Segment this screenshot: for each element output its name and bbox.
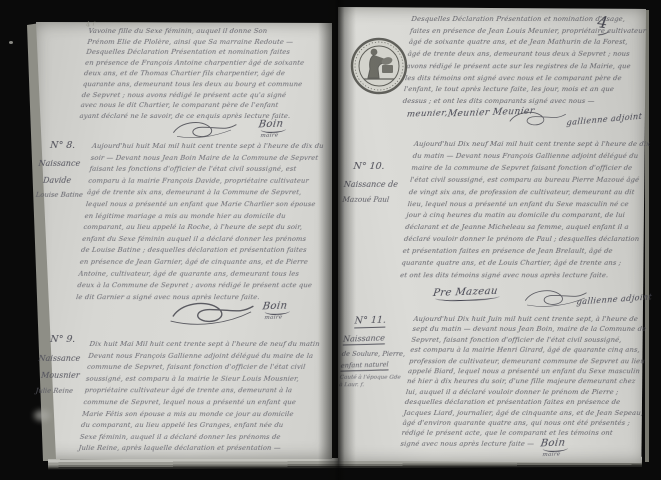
revenue-stamp-icon xyxy=(349,36,409,96)
signature-boin: Boin maire xyxy=(539,438,567,459)
act-9-text: Dix huit Mai Mil huit cent trente sept à… xyxy=(78,339,330,455)
signature-flourish-icon xyxy=(166,298,258,328)
act-8-text: Aujourd'hui huit Mai mil huit cent trent… xyxy=(75,141,334,303)
act-name-2: enfant naturel xyxy=(340,361,407,371)
signature-boin: Boin maire xyxy=(261,301,289,322)
signature-flourish-icon xyxy=(168,118,240,142)
act-number: N° 11. xyxy=(354,315,411,328)
act-number-text: N° 11. xyxy=(354,315,386,329)
register-scan: 4 r Vavoine fille du Sexe féminin, auque… xyxy=(0,0,661,480)
act-number: N° 10. xyxy=(353,161,408,172)
act-name: Mazoué Paul xyxy=(342,195,405,204)
signature-title: maire xyxy=(261,315,287,322)
act-name-2-text: enfant naturel xyxy=(340,360,388,371)
signature-mazeau: Pre Mazeau xyxy=(432,286,499,302)
signature-title: maire xyxy=(539,452,565,459)
signature-boin: Boin maire xyxy=(257,119,285,140)
margin-entry-11: N° 11. Naissance de Soulure, Pierre, enf… xyxy=(339,315,411,389)
margin-entry-10: N° 10. Naissance de Mazoué Paul xyxy=(342,161,408,204)
act-11-text: Aujourd'hui Dix huit Juin mil huit cent … xyxy=(400,314,656,449)
act-type: Naissance xyxy=(343,334,410,345)
act-continuation-left: Vavoine fille du Sexe féminin, auquel il… xyxy=(79,26,329,121)
signature-meunier: meunier, xyxy=(406,108,448,119)
signature-flourish-icon xyxy=(505,108,569,130)
act-10-text: Aujourd'hui Dix neuf Mai mil huit cent t… xyxy=(399,139,654,282)
margin-note: Cauté à l'époque Gde à Laur. f. xyxy=(339,375,406,389)
act-type: Naissance de xyxy=(343,180,406,189)
act-name: de Soulure, Pierre, xyxy=(341,350,408,358)
signature-title: maire xyxy=(257,133,283,140)
dust-speck xyxy=(9,41,13,44)
signature-name: meunier, xyxy=(406,108,448,119)
act-type-text: Naissance xyxy=(343,333,385,345)
act-continuation-right: Desquelles Déclaration Présentation et n… xyxy=(402,14,650,108)
paper-smudge xyxy=(34,410,50,421)
